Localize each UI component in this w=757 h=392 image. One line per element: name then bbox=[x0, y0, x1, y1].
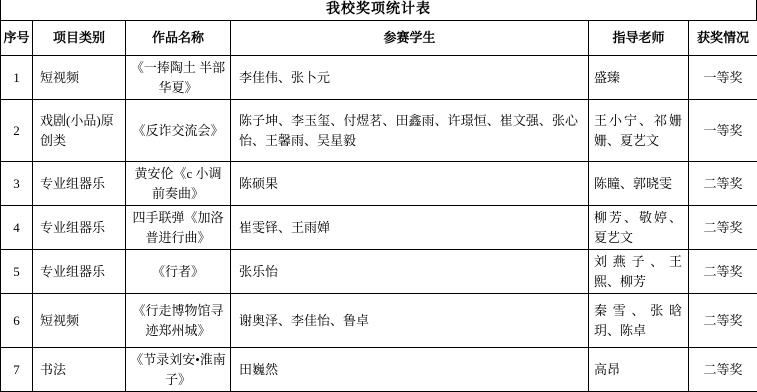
cell-guiding-teachers: 刘燕子、王熙、柳芳 bbox=[589, 250, 689, 294]
table-row: 2 戏剧(小品)原创类 《反诈交流会》 陈子坤、李玉玺、付煜茗、田鑫雨、许璟恒、… bbox=[1, 100, 757, 162]
table-row: 5 专业组器乐 《行者》 张乐怡 刘燕子、王熙、柳芳 二等奖 bbox=[1, 250, 757, 294]
cell-project-category: 专业组器乐 bbox=[33, 162, 126, 206]
header-serial-number: 序号 bbox=[1, 21, 33, 56]
header-work-name: 作品名称 bbox=[126, 21, 231, 56]
header-award-status: 获奖情况 bbox=[689, 21, 757, 56]
header-guiding-teachers: 指导老师 bbox=[589, 21, 689, 56]
cell-award-status: 二等奖 bbox=[689, 206, 757, 250]
cell-work-name: 《行者》 bbox=[126, 250, 231, 294]
cell-work-name: 四手联弹《加洛普进行曲》 bbox=[126, 206, 231, 250]
cell-award-status: 二等奖 bbox=[689, 294, 757, 348]
cell-award-status: 二等奖 bbox=[689, 250, 757, 294]
cell-project-category: 专业组器乐 bbox=[33, 250, 126, 294]
cell-work-name: 《一捧陶土 半部华夏》 bbox=[126, 56, 231, 100]
cell-guiding-teachers: 秦雪、张晗玥、陈卓 bbox=[589, 294, 689, 348]
cell-award-status: 一等奖 bbox=[689, 56, 757, 100]
cell-participating-students: 崔雯铎、王雨婵 bbox=[231, 206, 589, 250]
cell-serial-number: 1 bbox=[1, 56, 33, 100]
cell-serial-number: 5 bbox=[1, 250, 33, 294]
cell-work-name: 《反诈交流会》 bbox=[126, 100, 231, 162]
cell-participating-students: 陈子坤、李玉玺、付煜茗、田鑫雨、许璟恒、崔文强、张心怡、王馨雨、吴星毅 bbox=[231, 100, 589, 162]
cell-participating-students: 张乐怡 bbox=[231, 250, 589, 294]
cell-work-name: 《节录刘安•淮南子》 bbox=[126, 348, 231, 392]
cell-guiding-teachers: 陈瞳、郭晓雯 bbox=[589, 162, 689, 206]
header-row: 序号 项目类别 作品名称 参赛学生 指导老师 获奖情况 bbox=[1, 21, 757, 56]
cell-serial-number: 7 bbox=[1, 348, 33, 392]
table-row: 7 书法 《节录刘安•淮南子》 田巍然 高昂 二等奖 bbox=[1, 348, 757, 392]
cell-serial-number: 4 bbox=[1, 206, 33, 250]
cell-work-name: 《行走博物馆寻迹郑州城》 bbox=[126, 294, 231, 348]
cell-guiding-teachers: 高昂 bbox=[589, 348, 689, 392]
cell-guiding-teachers: 柳芳、敬婷、夏艺文 bbox=[589, 206, 689, 250]
cell-award-status: 一等奖 bbox=[689, 100, 757, 162]
header-participating-students: 参赛学生 bbox=[231, 21, 589, 56]
cell-participating-students: 田巍然 bbox=[231, 348, 589, 392]
cell-work-name: 黄安伦《c 小调前奏曲》 bbox=[126, 162, 231, 206]
cell-participating-students: 李佳伟、张卜元 bbox=[231, 56, 589, 100]
cell-guiding-teachers: 王小宁、祁姗姗、夏艺文 bbox=[589, 100, 689, 162]
cell-serial-number: 3 bbox=[1, 162, 33, 206]
table-row: 6 短视频 《行走博物馆寻迹郑州城》 谢奥泽、李佳怡、鲁卓 秦雪、张晗玥、陈卓 … bbox=[1, 294, 757, 348]
cell-project-category: 戏剧(小品)原创类 bbox=[33, 100, 126, 162]
cell-award-status: 二等奖 bbox=[689, 348, 757, 392]
awards-table: 序号 项目类别 作品名称 参赛学生 指导老师 获奖情况 1 短视频 《一捧陶土 … bbox=[0, 20, 757, 392]
table-row: 3 专业组器乐 黄安伦《c 小调前奏曲》 陈硕果 陈瞳、郭晓雯 二等奖 bbox=[1, 162, 757, 206]
cell-project-category: 短视频 bbox=[33, 294, 126, 348]
awards-document: 我校奖项统计表 序号 项目类别 作品名称 参赛学生 指导老师 获奖情况 1 短视… bbox=[0, 0, 757, 392]
cell-serial-number: 6 bbox=[1, 294, 33, 348]
cell-project-category: 短视频 bbox=[33, 56, 126, 100]
cell-guiding-teachers: 盛臻 bbox=[589, 56, 689, 100]
cell-award-status: 二等奖 bbox=[689, 162, 757, 206]
header-project-category: 项目类别 bbox=[33, 21, 126, 56]
table-title: 我校奖项统计表 bbox=[0, 0, 757, 20]
cell-project-category: 书法 bbox=[33, 348, 126, 392]
cell-project-category: 专业组器乐 bbox=[33, 206, 126, 250]
cell-participating-students: 谢奥泽、李佳怡、鲁卓 bbox=[231, 294, 589, 348]
cell-participating-students: 陈硕果 bbox=[231, 162, 589, 206]
table-row: 1 短视频 《一捧陶土 半部华夏》 李佳伟、张卜元 盛臻 一等奖 bbox=[1, 56, 757, 100]
table-row: 4 专业组器乐 四手联弹《加洛普进行曲》 崔雯铎、王雨婵 柳芳、敬婷、夏艺文 二… bbox=[1, 206, 757, 250]
cell-serial-number: 2 bbox=[1, 100, 33, 162]
